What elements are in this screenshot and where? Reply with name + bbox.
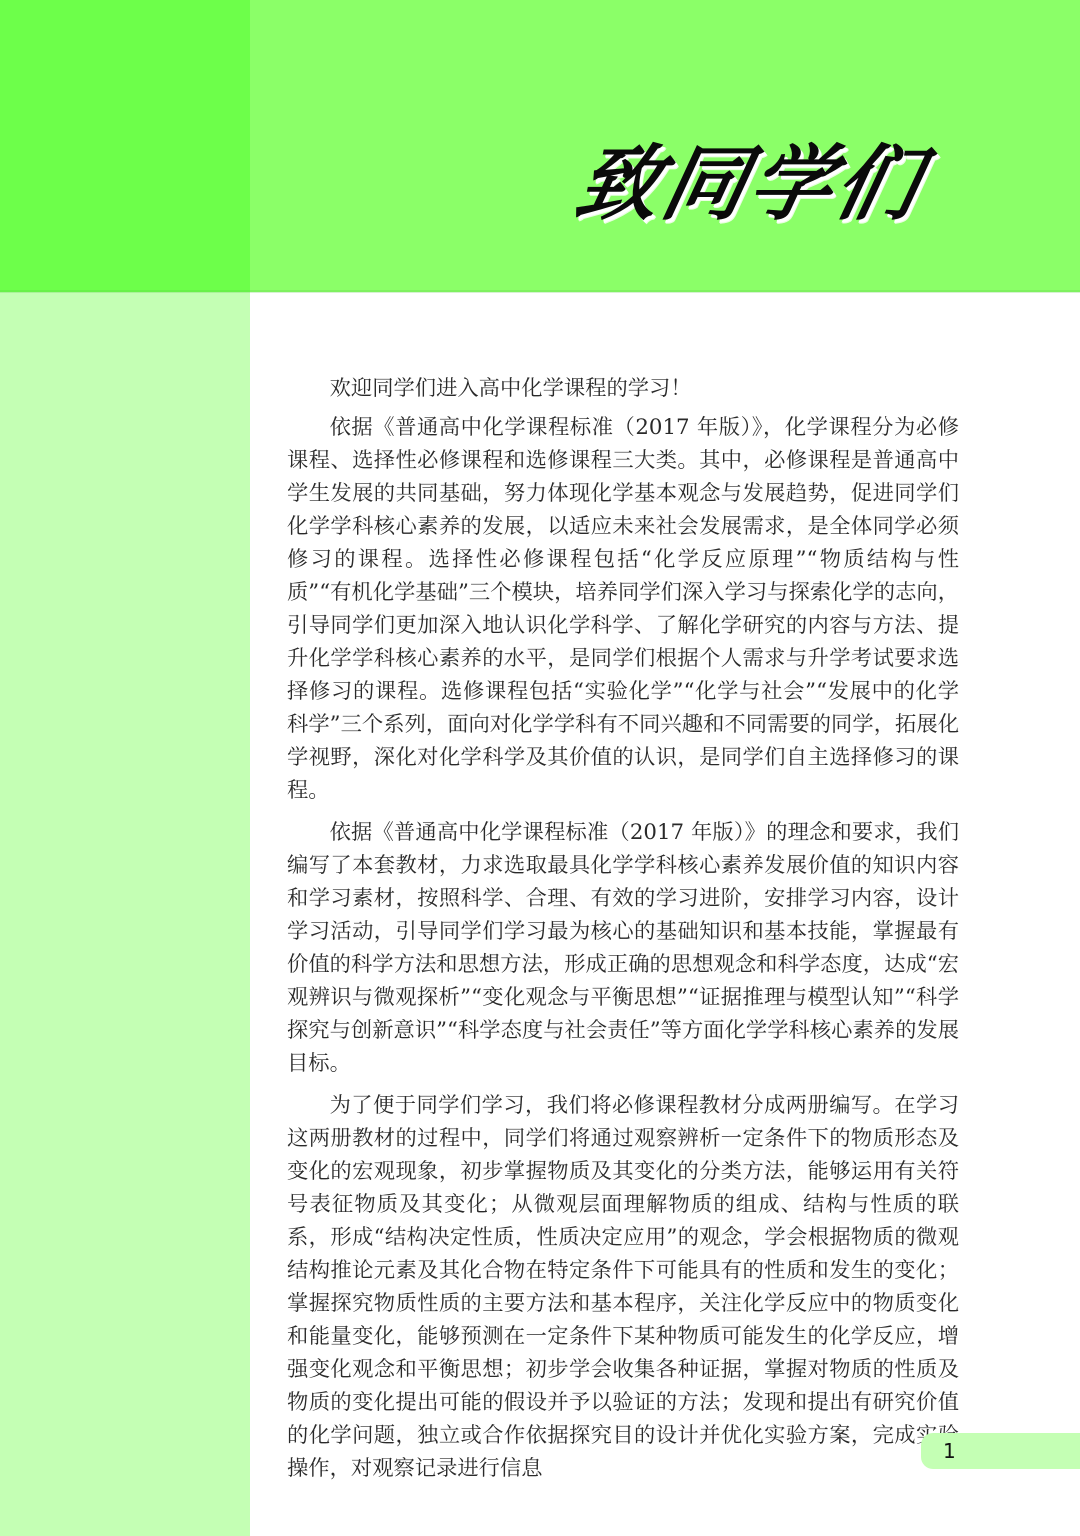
page-number: 1	[943, 1433, 956, 1469]
paragraph-learning-goals: 为了便于同学们学习，我们将必修课程教材分成两册编写。在学习这两册教材的过程中，同…	[287, 1089, 959, 1485]
paragraph-course-structure: 依据《普通高中化学课程标准（2017 年版）》，化学课程分为必修课程、选择性必修…	[287, 411, 959, 807]
page-title: 致同学们	[566, 130, 1009, 240]
header-divider	[0, 290, 1080, 293]
left-margin-column	[0, 292, 250, 1536]
body-text: 欢迎同学们进入高中化学课程的学习！ 依据《普通高中化学课程标准（2017 年版）…	[287, 372, 959, 1494]
paragraph-textbook-design: 依据《普通高中化学课程标准（2017 年版）》的理念和要求，我们编写了本套教材，…	[287, 816, 959, 1080]
page-number-badge: 1	[921, 1433, 1080, 1469]
left-header-band	[0, 0, 250, 292]
paragraph-greeting: 欢迎同学们进入高中化学课程的学习！	[287, 372, 959, 405]
